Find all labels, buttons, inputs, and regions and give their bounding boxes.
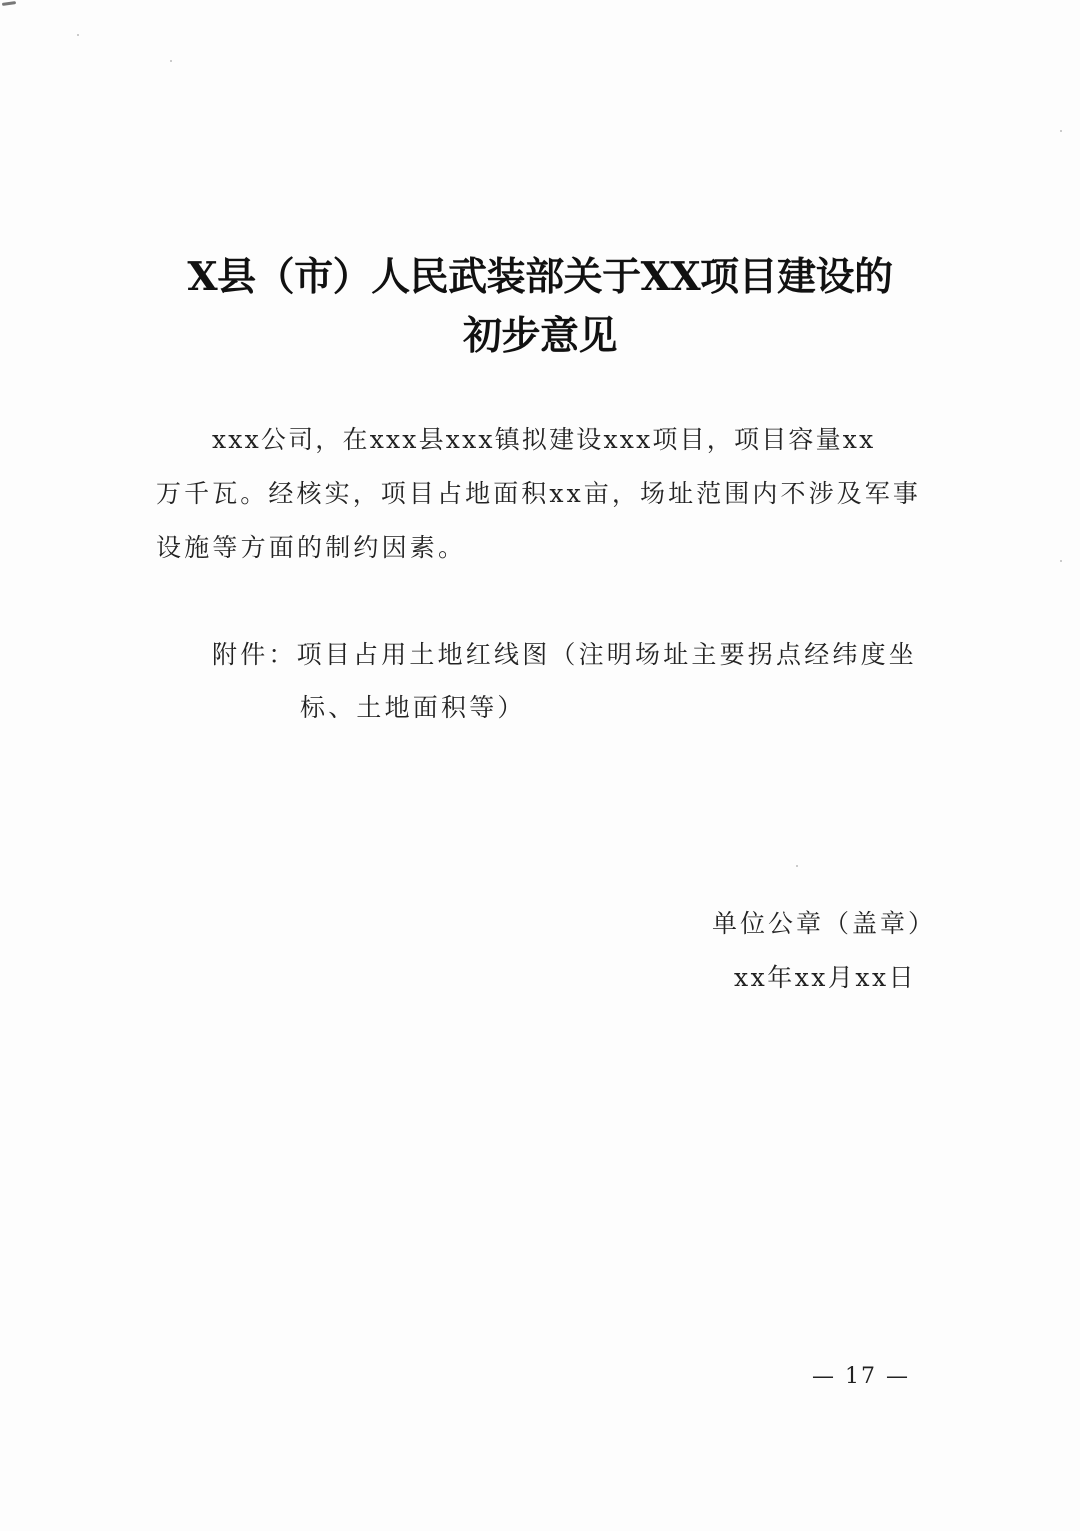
page-number: — 17 — <box>812 1364 910 1389</box>
scan-speck <box>170 60 172 62</box>
scan-speck <box>1060 130 1062 132</box>
body-paragraph-line3: 设施等方面的制约因素。 <box>156 528 466 564</box>
document-title-line1: X县（市）人民武装部关于XX项目建设的 <box>0 246 1080 302</box>
date-label: xx年xx月xx日 <box>734 958 916 994</box>
scan-speck <box>1060 560 1062 562</box>
document-page: X县（市）人民武装部关于XX项目建设的 初步意见 xxx公司，在xxx县xxx镇… <box>0 0 1080 1531</box>
attachment-line2: 标、土地面积等） <box>300 688 526 724</box>
attachment-line1: 附件：项目占用土地红线图（注明场址主要拐点经纬度坐 <box>212 635 917 671</box>
document-title-line2: 初步意见 <box>0 305 1080 361</box>
seal-label: 单位公章（盖章） <box>712 904 936 940</box>
body-paragraph-line1: xxx公司，在xxx县xxx镇拟建设xxx项目，项目容量xx <box>212 420 875 456</box>
body-paragraph-line2: 万千瓦。经核实，项目占地面积xx亩，场址范围内不涉及军事 <box>156 474 921 510</box>
scan-speck <box>77 34 79 36</box>
scan-mark <box>2 1 16 6</box>
scan-speck <box>796 865 798 867</box>
